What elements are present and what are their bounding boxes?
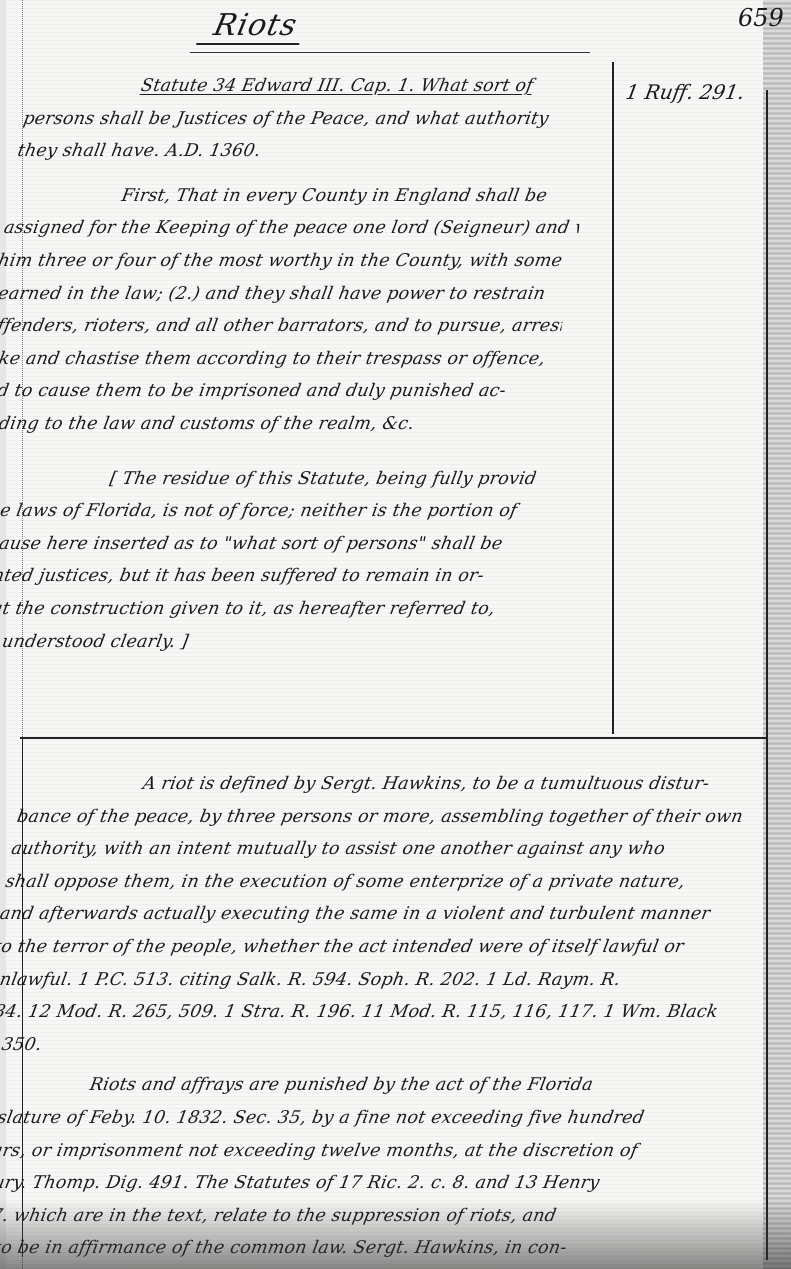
margin-citation: 1 Ruff. 291.	[624, 80, 747, 104]
text-line: take and chastise them according to thei…	[0, 343, 559, 376]
manuscript-page: Riots 659 1 Ruff. 291. Statute 34 Edward…	[0, 0, 791, 1269]
text-line: authority, with an intent mutually to as…	[9, 833, 750, 866]
citation-line: 484. 12 Mod. R. 265, 509. 1 Stra. R. 196…	[0, 996, 721, 1029]
statute-section: Statute 34 Edward III. Cap. 1. What sort…	[0, 70, 607, 658]
column-divider-main	[612, 62, 614, 734]
text-line: assigned for the Keeping of the peace on…	[1, 212, 582, 245]
text-line: A riot is defined by Sergt. Hawkins, to …	[20, 768, 761, 801]
text-line: cording to the law and customs of the re…	[0, 408, 547, 441]
text-line: dollars, or imprisonment not exceeding t…	[0, 1135, 696, 1168]
column-divider-margin	[766, 90, 768, 1260]
text-line: First, That in every County in England s…	[7, 180, 588, 213]
page-title: Riots	[196, 8, 307, 45]
citation-line: unlawful. 1 P.C. 513. citing Salk. R. 59…	[0, 964, 726, 997]
text-line: the clause here inserted as to "what sor…	[0, 528, 526, 561]
text-line: legislature of Feby. 10. 1832. Sec. 35, …	[0, 1102, 702, 1135]
text-line: and afterwards actually executing the sa…	[0, 898, 738, 931]
text-line: shall oppose them, in the execution of s…	[3, 866, 744, 899]
section-divider	[20, 737, 768, 739]
text-line: to the terror of the people, whether the…	[0, 931, 732, 964]
text-line: offenders, rioters, and all other barrat…	[0, 310, 565, 343]
commentary-section: A riot is defined by Sergt. Hawkins, to …	[0, 744, 765, 1265]
text-line: learned in the law; (2.) and they shall …	[0, 278, 570, 311]
text-line: persons shall be Justices of the Peace, …	[21, 103, 602, 136]
text-line: may be understood clearly. ]	[0, 626, 509, 659]
text-line: and to cause them to be imprisoned and d…	[0, 375, 553, 408]
text-line: [ The residue of this Statute, being ful…	[0, 463, 538, 496]
page-number: 659	[738, 4, 784, 32]
statute-heading-line: Statute 34 Edward III. Cap. 1. What sort…	[26, 70, 607, 103]
text-line: they shall have. A.D. 1360.	[15, 135, 596, 168]
text-line: by the laws of Florida, is not of force;…	[0, 495, 532, 528]
text-line: Riots and affrays are punished by the ac…	[0, 1069, 708, 1102]
text-line: bance of the peace, by three persons or …	[14, 801, 755, 834]
blank-line	[0, 441, 542, 463]
text-line: him three or four of the most worthy in …	[0, 245, 576, 278]
text-line: appointed justices, but it has been suff…	[0, 560, 521, 593]
title-underline	[190, 52, 590, 53]
text-line: the jury. Thomp. Dig. 491. The Statutes …	[0, 1167, 690, 1200]
scan-smudge	[0, 1199, 791, 1269]
citation-line: R. 350.	[0, 1029, 715, 1062]
text-line: der that the construction given to it, a…	[0, 593, 515, 626]
